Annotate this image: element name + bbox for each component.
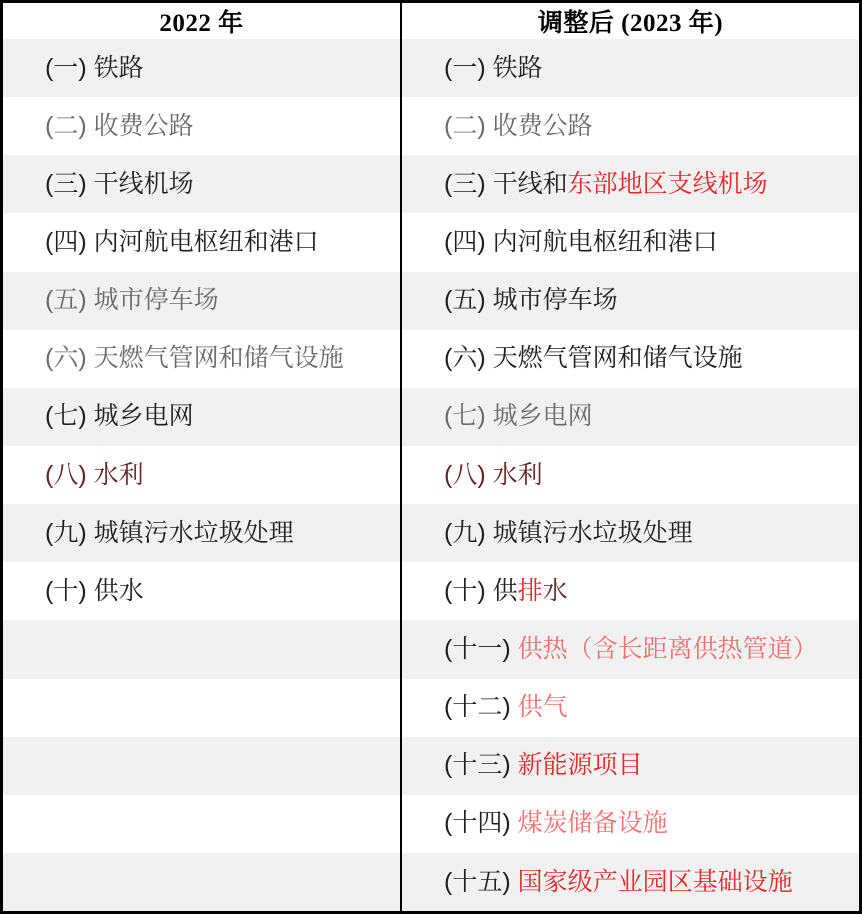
cell-2023-adjusted: (八) 水利	[402, 446, 859, 504]
table-row: (一) 铁路(一) 铁路	[3, 39, 859, 97]
table-row: (六) 天燃气管网和储气设施(六) 天燃气管网和储气设施	[3, 330, 859, 388]
item-text-segment: (一) 铁路	[444, 56, 543, 81]
cell-2023-adjusted: (十二) 供气	[402, 679, 859, 737]
cell-2023-adjusted: (六) 天燃气管网和储气设施	[402, 330, 859, 388]
table-row: (十五) 国家级产业园区基础设施	[3, 853, 859, 911]
table-row: (二) 收费公路(二) 收费公路	[3, 97, 859, 155]
table-row: (九) 城镇污水垃圾处理(九) 城镇污水垃圾处理	[3, 504, 859, 562]
item-text-segment: 排	[518, 579, 543, 604]
item-text-segment: 煤炭储备设施	[518, 811, 668, 836]
item-text-segment: (二) 收费公路	[45, 114, 194, 139]
item-text-segment: (七) 城乡电网	[45, 404, 194, 429]
item-text-segment: (三) 干线和	[444, 172, 568, 197]
item-text-segment: 国家级产业园区基础设施	[518, 870, 793, 895]
item-text-segment: (九) 城镇污水垃圾处理	[444, 521, 693, 546]
item-text-segment: (六) 天燃气管网和储气设施	[45, 346, 344, 371]
cell-2022	[3, 853, 402, 911]
cell-2022: (七) 城乡电网	[3, 388, 402, 446]
table-row: (十一) 供热（含长距离供热管道）	[3, 620, 859, 678]
cell-2022	[3, 679, 402, 737]
item-text-segment: (七) 城乡电网	[444, 404, 593, 429]
cell-2023-adjusted: (十四) 煤炭储备设施	[402, 795, 859, 853]
cell-2023-adjusted: (一) 铁路	[402, 39, 859, 97]
item-text-segment: (二) 收费公路	[444, 114, 593, 139]
cell-2022: (一) 铁路	[3, 39, 402, 97]
table-row: (三) 干线机场(三) 干线和东部地区支线机场	[3, 155, 859, 213]
item-text-segment: (十五)	[444, 870, 518, 895]
item-text-segment: (九) 城镇污水垃圾处理	[45, 521, 294, 546]
item-text-segment: (十三)	[444, 753, 518, 778]
item-text-segment: (十二)	[444, 695, 518, 720]
table-header-row: 2022 年 调整后 (2023 年)	[3, 3, 859, 39]
table-row: (十四) 煤炭储备设施	[3, 795, 859, 853]
cell-2023-adjusted: (四) 内河航电枢纽和港口	[402, 213, 859, 271]
cell-2022	[3, 795, 402, 853]
table-row: (八) 水利(八) 水利	[3, 446, 859, 504]
cell-2023-adjusted: (七) 城乡电网	[402, 388, 859, 446]
item-text-segment: (四) 内河航电枢纽和港口	[45, 230, 319, 255]
cell-2023-adjusted: (十一) 供热（含长距离供热管道）	[402, 620, 859, 678]
cell-2022: (四) 内河航电枢纽和港口	[3, 213, 402, 271]
cell-2023-adjusted: (九) 城镇污水垃圾处理	[402, 504, 859, 562]
cell-2022: (八) 水利	[3, 446, 402, 504]
item-text-segment: (十) 供水	[45, 579, 144, 604]
cell-2022: (五) 城市停车场	[3, 272, 402, 330]
item-text-segment: (十一)	[444, 637, 518, 662]
cell-2023-adjusted: (二) 收费公路	[402, 97, 859, 155]
cell-2023-adjusted: (三) 干线和东部地区支线机场	[402, 155, 859, 213]
table-row: (五) 城市停车场(五) 城市停车场	[3, 272, 859, 330]
header-2023-adjusted: 调整后 (2023 年)	[402, 3, 859, 39]
item-text-segment: 供热（含长距离供热管道）	[518, 637, 818, 662]
cell-2023-adjusted: (十五) 国家级产业园区基础设施	[402, 853, 859, 911]
item-text-segment: 东部地区支线机场	[568, 172, 768, 197]
item-text-segment: 供气	[518, 695, 568, 720]
cell-2022	[3, 737, 402, 795]
table-row: (十二) 供气	[3, 679, 859, 737]
cell-2022: (十) 供水	[3, 562, 402, 620]
item-text-segment: (五) 城市停车场	[45, 288, 219, 313]
table-row: (十) 供水(十) 供排水	[3, 562, 859, 620]
cell-2022	[3, 620, 402, 678]
item-text-segment: (五) 城市停车场	[444, 288, 618, 313]
item-text-segment: (四) 内河航电枢纽和港口	[444, 230, 718, 255]
item-text-segment: 新能源项目	[518, 753, 643, 778]
item-text-segment: (六) 天燃气管网和储气设施	[444, 346, 743, 371]
cell-2022: (九) 城镇污水垃圾处理	[3, 504, 402, 562]
cell-2022: (六) 天燃气管网和储气设施	[3, 330, 402, 388]
table-row: (四) 内河航电枢纽和港口(四) 内河航电枢纽和港口	[3, 213, 859, 271]
item-text-segment: (十四)	[444, 811, 518, 836]
cell-2023-adjusted: (十) 供排水	[402, 562, 859, 620]
item-text-segment: 水	[543, 579, 568, 604]
item-text-segment: (十) 供	[444, 579, 518, 604]
item-text-segment: (三) 干线机场	[45, 172, 194, 197]
item-text-segment: (八) 水利	[444, 463, 543, 488]
table-row: (十三) 新能源项目	[3, 737, 859, 795]
comparison-table: 2022 年 调整后 (2023 年) (一) 铁路(一) 铁路(二) 收费公路…	[0, 0, 862, 914]
cell-2023-adjusted: (十三) 新能源项目	[402, 737, 859, 795]
cell-2022: (三) 干线机场	[3, 155, 402, 213]
item-text-segment: (八) 水利	[45, 463, 144, 488]
header-2022: 2022 年	[3, 3, 402, 39]
cell-2023-adjusted: (五) 城市停车场	[402, 272, 859, 330]
table-row: (七) 城乡电网(七) 城乡电网	[3, 388, 859, 446]
cell-2022: (二) 收费公路	[3, 97, 402, 155]
item-text-segment: (一) 铁路	[45, 56, 144, 81]
